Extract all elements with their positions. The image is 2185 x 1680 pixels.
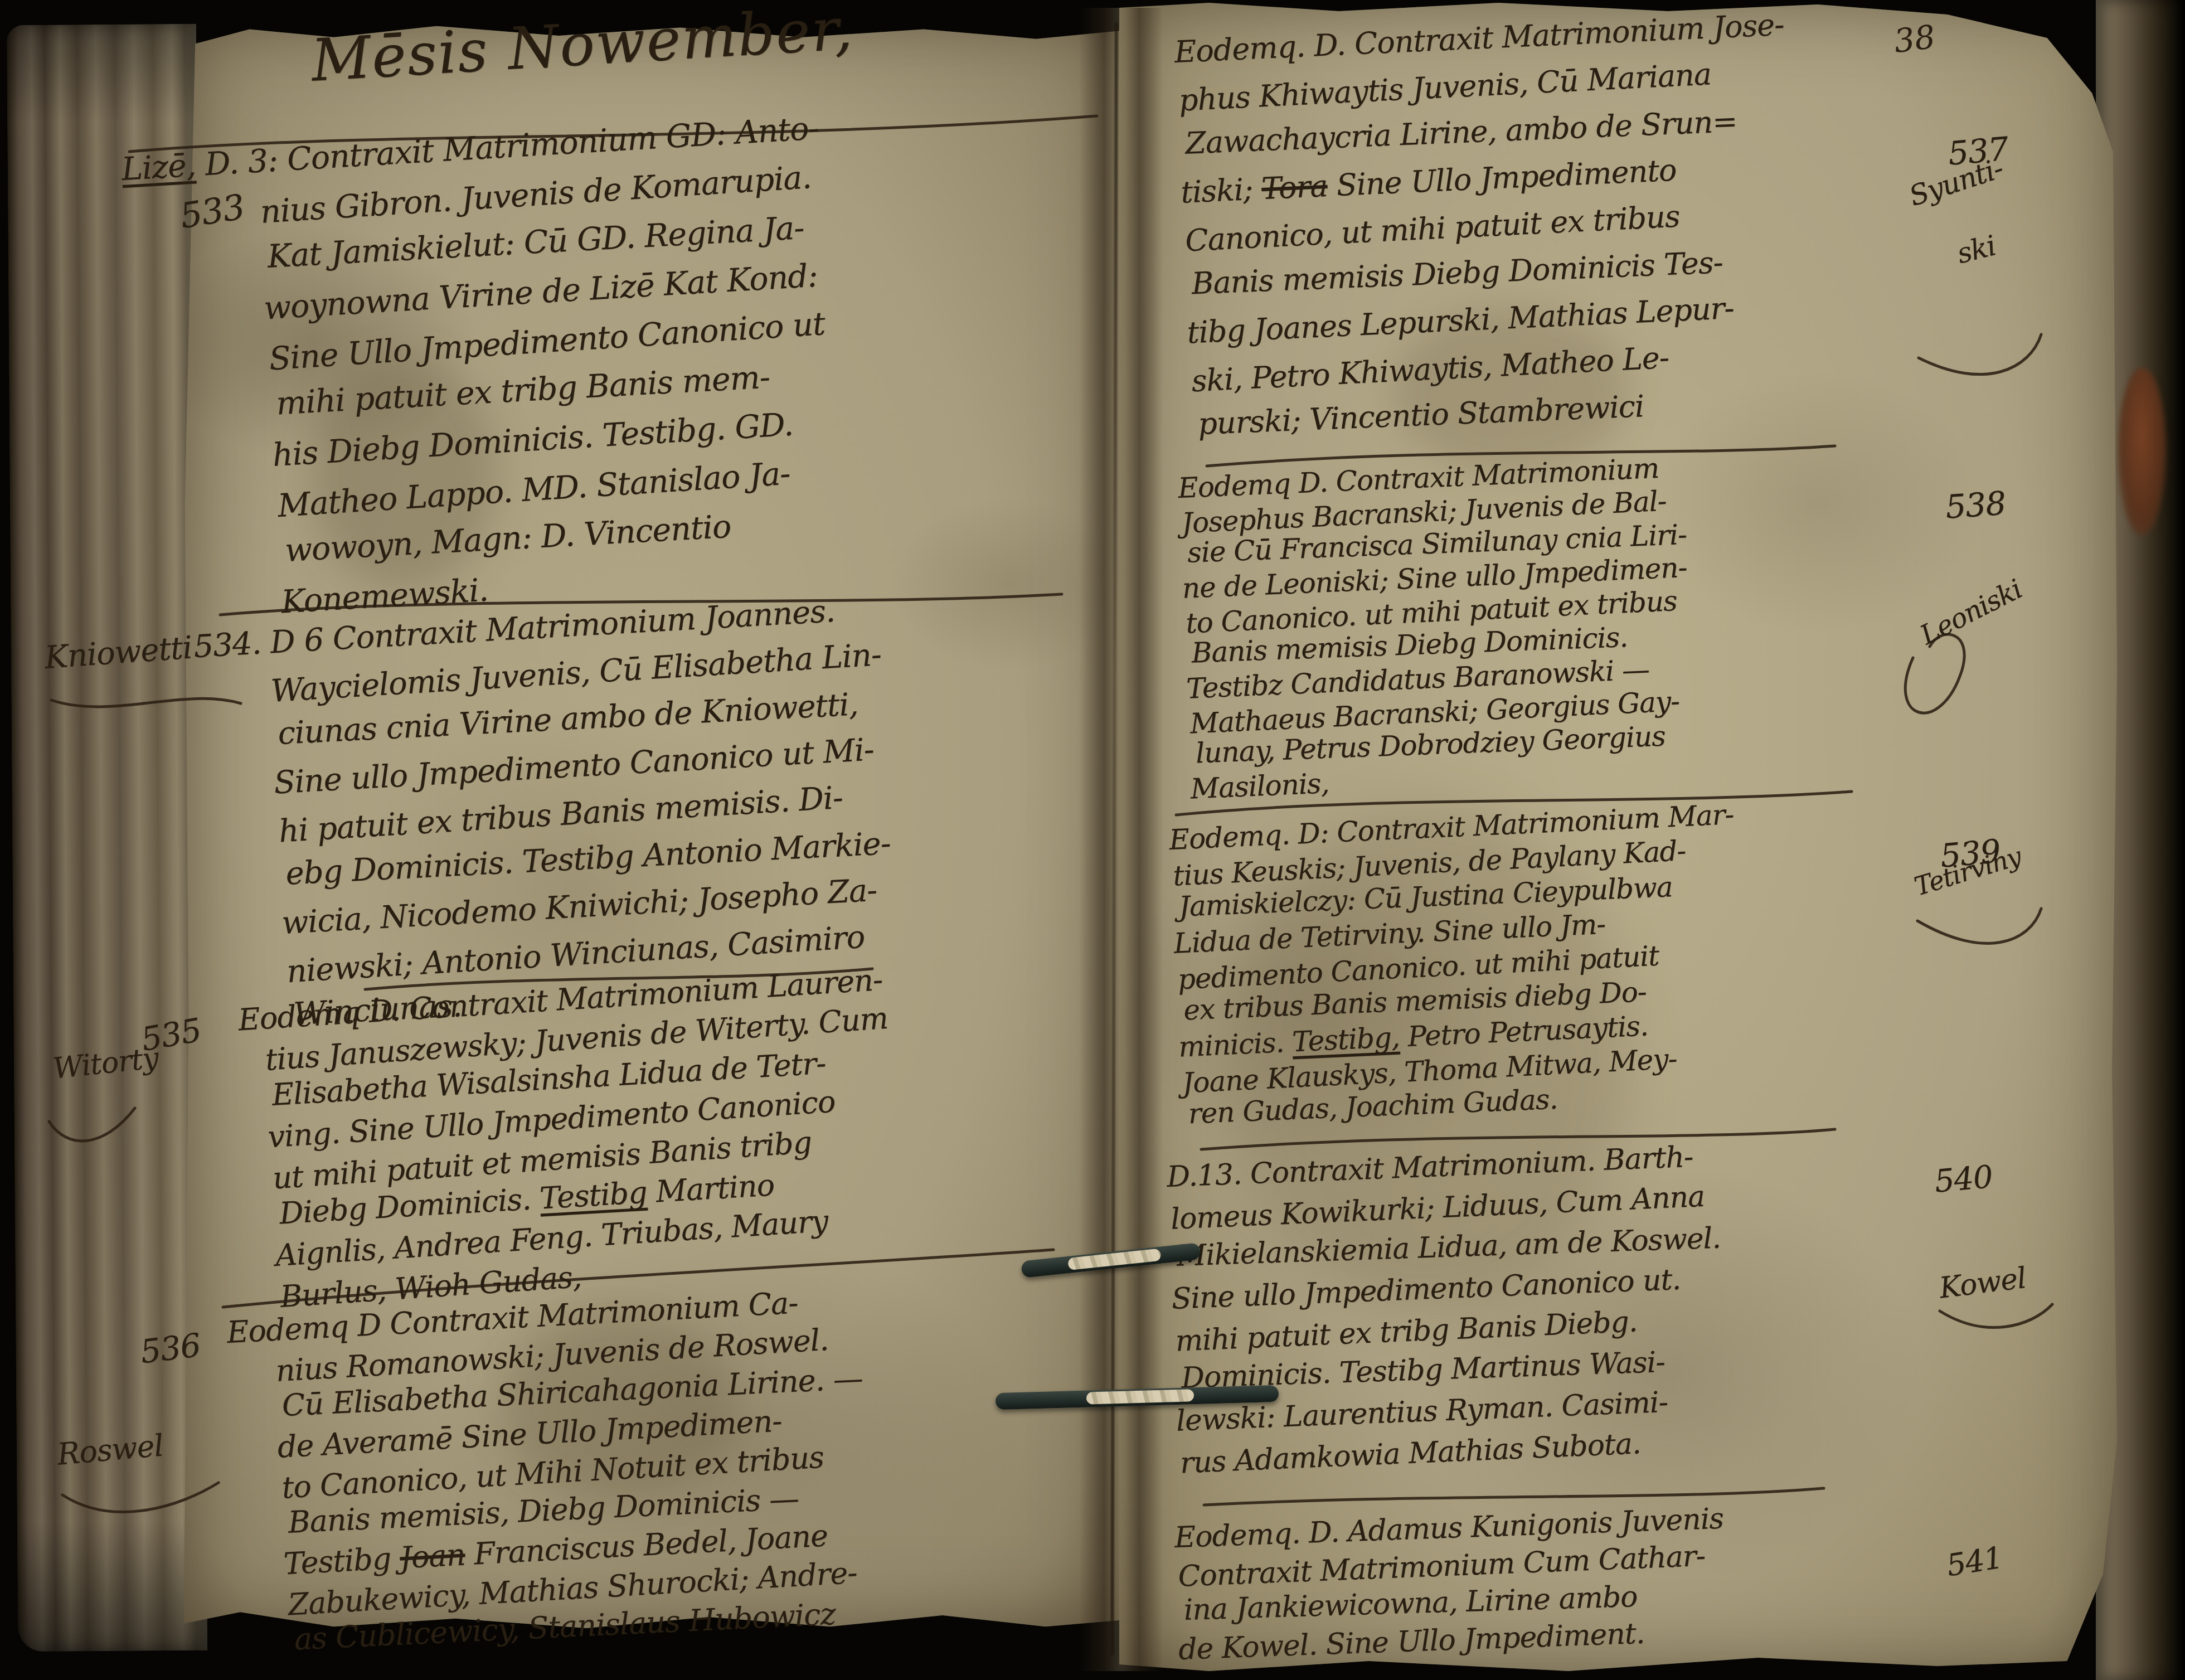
struck-word: Tora	[1261, 168, 1328, 206]
entry-number-536: 536	[138, 1326, 202, 1371]
wax-stain	[2118, 368, 2166, 535]
register-entry-535: Eodemq D. Contraxit Matrimonium Lauren- …	[259, 944, 1147, 1315]
entry-number-540: 540	[1933, 1159, 1994, 1200]
entry-number-538: 538	[1944, 484, 2007, 526]
register-entry-537: Eodemq. D. Contraxit Matrimonium Jose- p…	[1173, 0, 1972, 450]
register-entry-541: Eodemq. D. Adamus Kunigonis Juvenis Cont…	[1174, 1492, 1959, 1669]
manuscript-scan: Mēsis Nowember, 533 Lizē, D. 3: Contraxi…	[0, 0, 2185, 1680]
binding-thread	[1086, 1389, 1194, 1404]
register-entry-539: Eodemq. D: Contraxit Matrimonium Mar- ti…	[1168, 787, 1962, 1133]
register-entry-540: D.13. Contraxit Matrimonium. Barth- lome…	[1166, 1127, 1958, 1482]
register-entry-536: Eodemq D Contraxit Matrimonium Ca- nius …	[270, 1265, 1157, 1662]
left-page-stack-edge	[7, 24, 207, 1652]
register-entry-533: Lizē, D. 3: Contraxit Matrimonium GD: An…	[254, 85, 1150, 627]
struck-word: Joan	[399, 1537, 466, 1575]
register-entry-538: Eodemq D. Contraxit Matrimonium Josephus…	[1177, 439, 1971, 805]
